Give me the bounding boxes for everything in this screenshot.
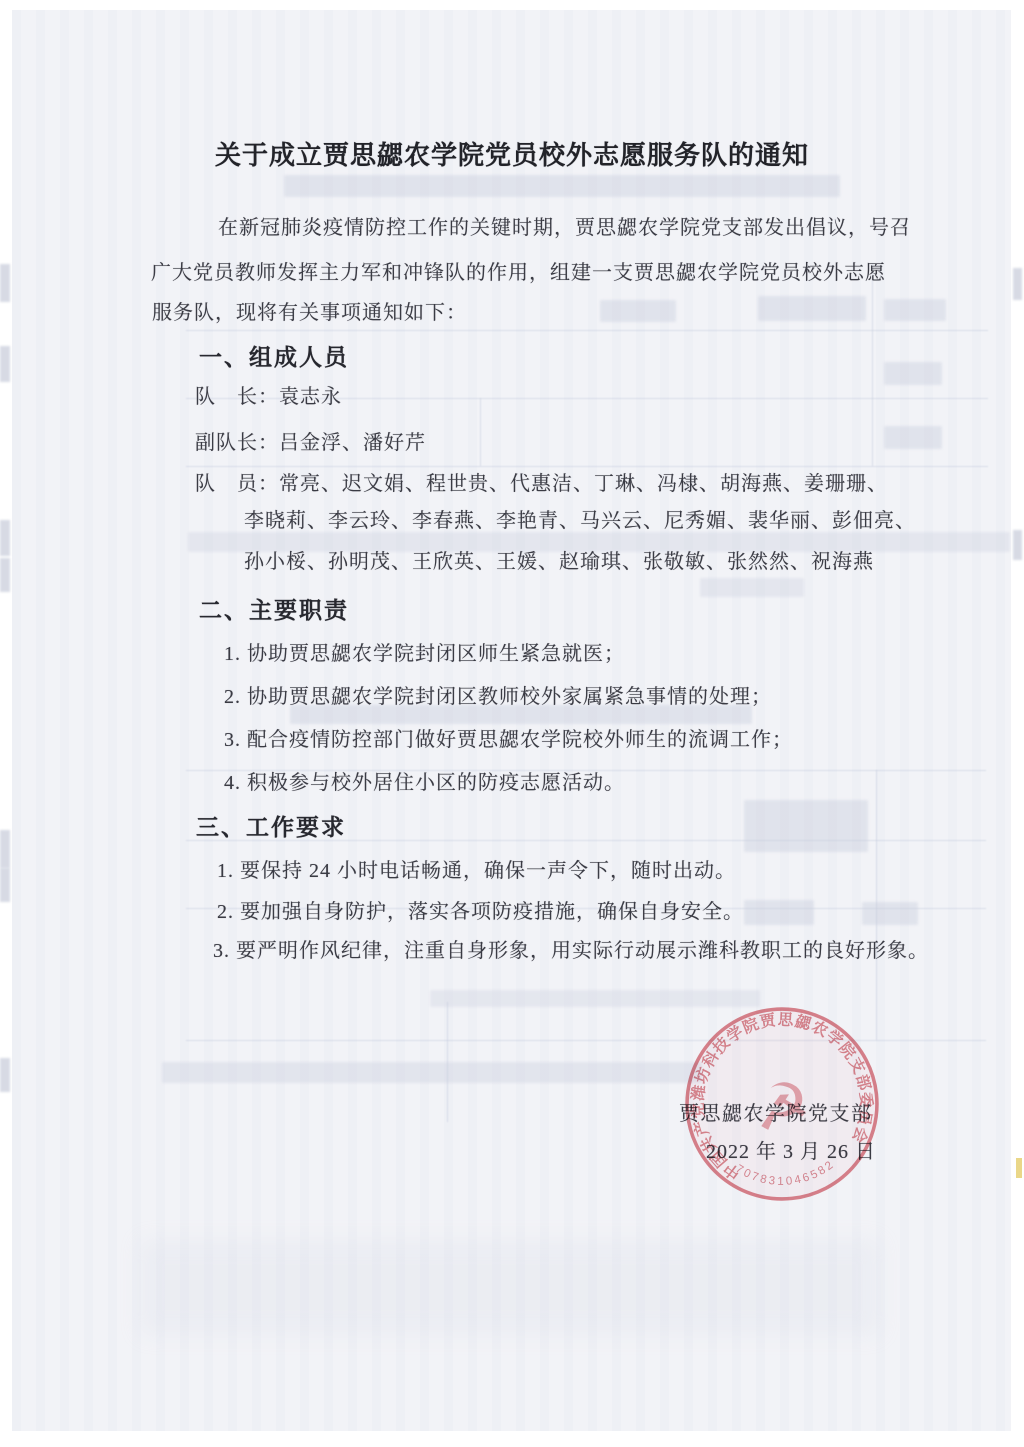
intro-line-1: 在新冠肺炎疫情防控工作的关键时期，贾思勰农学院党支部发出倡议，号召 [218, 214, 911, 242]
page-edge-yellow-mark [1016, 1158, 1022, 1178]
page-edge-mark [0, 868, 10, 902]
page-edge-mark [0, 1058, 10, 1092]
requirement-item-3: 3. 要严明作风纪律，注重自身形象，用实际行动展示潍科教职工的良好形象。 [213, 937, 929, 965]
leader-row: 队 长：袁志永 [195, 383, 342, 411]
section-1-heading: 一、组成人员 [199, 342, 349, 372]
duty-item-3: 3. 配合疫情防控部门做好贾思勰农学院校外师生的流调工作； [224, 726, 793, 754]
requirement-item-1: 1. 要保持 24 小时电话畅通，确保一声令下，随时出动。 [217, 857, 736, 885]
bleed-through-table-line [186, 330, 988, 331]
bleed-through-table-line [480, 398, 481, 466]
requirement-item-2: 2. 要加强自身防护，落实各项防疫措施，确保自身安全。 [217, 898, 744, 926]
party-seal-stamp: 中国共产党潍坊科技学院贾思勰农学院支部委员会 ☭ 707831046582 [681, 1003, 883, 1205]
bleed-through-text-line [162, 1062, 702, 1083]
duty-item-4: 4. 积极参与校外居住小区的防疫志愿活动。 [224, 769, 625, 797]
deputy-leader-names: 吕金浮、潘好芹 [279, 432, 426, 454]
leader-label: 队 长： [195, 386, 279, 408]
bleed-through-cell-text [884, 426, 942, 449]
bleed-through-cell-text [758, 296, 866, 321]
bleed-through-table-line [872, 264, 873, 466]
leader-names: 袁志永 [279, 386, 342, 408]
bleed-through-title-back [284, 175, 840, 197]
page-edge-mark [0, 346, 10, 382]
page-edge-mark [1013, 530, 1022, 560]
bleed-through-cell-text [744, 900, 814, 925]
member-names-line-1: 常亮、迟文娟、程世贵、代惠洁、丁琳、冯棣、胡海燕、姜珊珊、 [279, 473, 888, 495]
bleed-through-text-line [700, 578, 804, 597]
bleed-through-table-line [186, 466, 988, 467]
duty-item-1: 1. 协助贾思勰农学院封闭区师生紧急就医； [224, 640, 625, 668]
page-edge-mark [0, 520, 10, 556]
page-title: 关于成立贾思勰农学院党员校外志愿服务队的通知 [0, 138, 1024, 172]
page-edge-mark [1013, 268, 1022, 300]
bleed-through-cell-text [600, 300, 676, 322]
intro-line-3: 服务队，现将有关事项通知如下： [152, 299, 467, 327]
members-label: 队 员： [195, 473, 279, 495]
page-edge-mark [0, 264, 10, 302]
bleed-through-cell-text [862, 902, 918, 925]
bleed-through-cell-text [884, 299, 946, 321]
section-2-heading: 二、主要职责 [199, 595, 349, 625]
member-names-line-2: 李晓莉、李云玲、李春燕、李艳青、马兴云、尼秀媚、裴华丽、彭佃亮、 [244, 507, 916, 535]
bleed-through-texture [140, 1240, 880, 1335]
deputy-leader-row: 副队长：吕金浮、潘好芹 [195, 429, 426, 457]
intro-line-2: 广大党员教师发挥主力军和冲锋队的作用，组建一支贾思勰农学院党员校外志愿 [151, 259, 886, 287]
section-3-heading: 三、工作要求 [196, 812, 346, 842]
page-edge-mark [0, 830, 10, 868]
bleed-through-cell-text [884, 362, 942, 385]
page-edge-mark [0, 558, 10, 592]
member-names-line-3: 孙小桵、孙明茂、王欣英、王媛、赵瑜琪、张敬敏、张然然、祝海燕 [244, 548, 874, 576]
members-row: 队 员：常亮、迟文娟、程世贵、代惠洁、丁琳、冯棣、胡海燕、姜珊珊、 [195, 470, 888, 498]
scanned-notice-page: 关于成立贾思勰农学院党员校外志愿服务队的通知 在新冠肺炎疫情防控工作的关键时期，… [0, 0, 1024, 1447]
deputy-leader-label: 副队长： [195, 432, 279, 454]
bleed-through-cell-text [744, 800, 868, 852]
duty-item-2: 2. 协助贾思勰农学院封闭区教师校外家属紧急事情的处理； [224, 683, 772, 711]
hammer-sickle-icon: ☭ [751, 1067, 814, 1145]
